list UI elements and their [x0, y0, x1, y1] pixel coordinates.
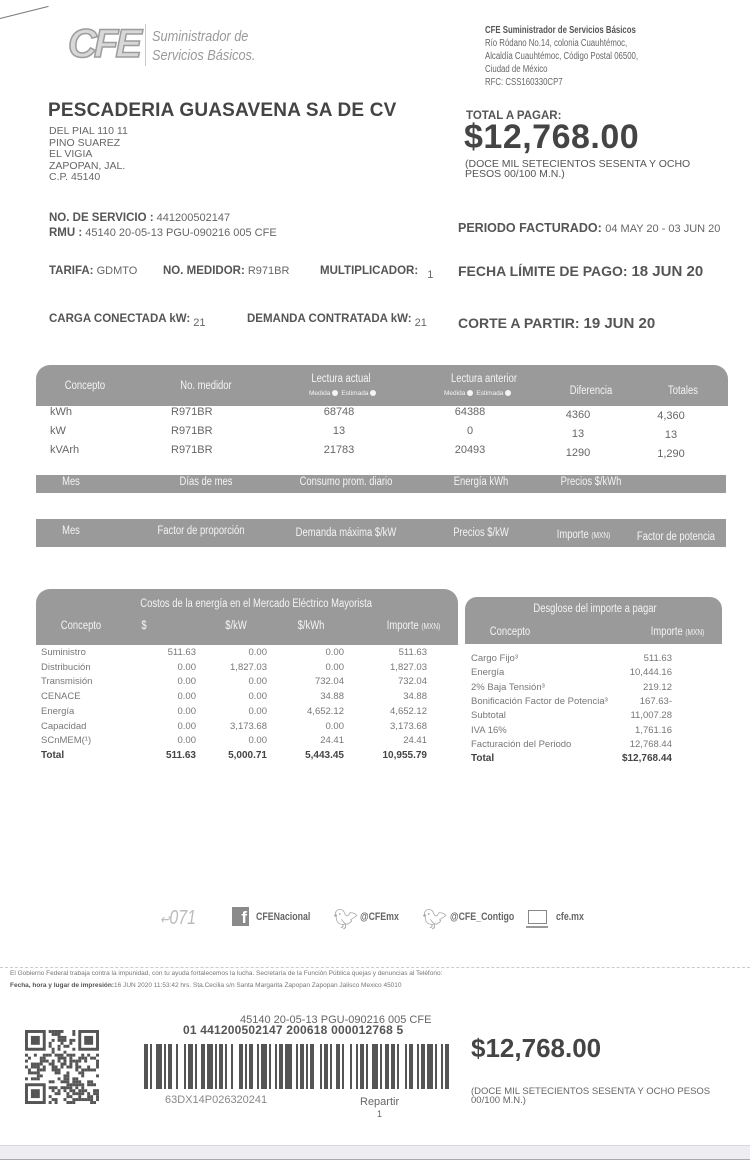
- table-cell: 0.00: [326, 647, 345, 658]
- table-cell: 5,443.45: [305, 750, 344, 761]
- qr-code: [25, 1028, 99, 1106]
- barcode: [144, 1044, 454, 1089]
- table-cell: 0.00: [178, 662, 197, 673]
- table-cell: 24.41: [403, 735, 427, 746]
- table-cell: 219.12: [643, 682, 672, 693]
- twitter-icon: 🐦︎: [422, 907, 447, 932]
- table-cell: Cargo Fijo³: [471, 653, 518, 664]
- table-cell: 0.00: [249, 691, 268, 702]
- table-cell: 64388: [455, 406, 486, 418]
- table-cell: 4,652.12: [390, 706, 427, 717]
- table-cell: 13: [333, 425, 345, 437]
- route: Repartir 1: [360, 1096, 399, 1120]
- table-cell: 12,768.44: [630, 739, 672, 750]
- table-cell: kW: [50, 425, 66, 437]
- demand-table-header: Mes Factor de proporción Demanda máxima …: [36, 519, 726, 547]
- table-cell: 20493: [455, 444, 486, 456]
- total-words: (DOCE MIL SETECIENTOS SESENTA Y OCHO PES…: [465, 160, 725, 179]
- table-cell: R971BR: [171, 425, 213, 437]
- table-cell: kVArh: [50, 444, 79, 456]
- monitor-icon: [528, 910, 547, 924]
- table-cell: 13: [665, 429, 677, 441]
- table-cell: 0.00: [249, 735, 268, 746]
- mem-table-header: Costos de la energía en el Mercado Eléct…: [36, 589, 458, 645]
- carga-conectada: CARGA CONECTADA kW: 21: [49, 313, 206, 325]
- table-cell: 10,955.79: [383, 750, 428, 761]
- facebook-icon: f: [232, 907, 249, 926]
- table-cell: 0: [467, 425, 473, 437]
- table-cell: 0.00: [178, 721, 197, 732]
- table-cell: IVA 16%: [471, 725, 507, 736]
- periodo-facturado: PERIODO FACTURADO: 04 MAY 20 - 03 JUN 20: [458, 221, 720, 235]
- table-cell: 34.88: [320, 691, 344, 702]
- fecha-limite: FECHA LÍMITE DE PAGO: 18 JUN 20: [458, 263, 703, 280]
- table-cell: Bonificación Factor de Potencia³: [471, 696, 608, 707]
- logo-divider: [145, 24, 146, 66]
- table-cell: 0.00: [249, 676, 268, 687]
- cfe-logo: CFE: [68, 22, 139, 67]
- table-cell: Suministro: [41, 647, 86, 658]
- table-cell: 0.00: [178, 691, 197, 702]
- pen-mark: [0, 6, 49, 19]
- table-cell: 732.04: [315, 676, 344, 687]
- barcode-bar: [449, 1044, 453, 1089]
- table-cell: 0.00: [249, 706, 268, 717]
- twitter-link-cfemx[interactable]: @CFEmx: [360, 911, 399, 923]
- estimada-dot: [370, 390, 376, 396]
- table-cell: 732.04: [398, 676, 427, 687]
- rmu: RMU : 45140 20-05-13 PGU-090216 005 CFE: [49, 227, 277, 239]
- customer-address: DEL PIAL 110 11 PINO SUAREZ EL VIGIA ZAP…: [49, 126, 128, 184]
- table-cell: 68748: [324, 406, 355, 418]
- table-cell: 1,827.03: [390, 662, 427, 673]
- table-cell: 3,173.68: [390, 721, 427, 732]
- table-cell: Transmisión: [41, 676, 92, 687]
- table-cell: 167.63-: [640, 696, 672, 707]
- table-cell: R971BR: [171, 444, 213, 456]
- total-amount: $12,768.00: [464, 118, 639, 157]
- table-cell: Total: [471, 753, 494, 764]
- table-cell: CENACE: [41, 691, 81, 702]
- viewer-bottom-bar: [0, 1145, 750, 1160]
- tarifa: TARIFA: GDMTO: [49, 265, 137, 277]
- slip-amount: $12,768.00: [471, 1033, 601, 1064]
- issuer-info: CFE Suministrador de Servicios Básicos R…: [485, 24, 638, 89]
- customer-name: PESCADERIA GUASAVENA SA DE CV: [48, 100, 397, 122]
- table-cell: 0.00: [178, 676, 197, 687]
- table-cell: $12,768.44: [622, 753, 672, 764]
- table-cell: 511.63: [168, 647, 196, 658]
- table-cell: Distribución: [41, 662, 91, 673]
- table-cell: 1,290: [657, 448, 685, 460]
- table-cell: Subtotal: [471, 710, 506, 721]
- logo-tagline: Suministrador de Servicios Básicos.: [152, 27, 255, 65]
- table-cell: 24.41: [320, 735, 344, 746]
- table-cell: Capacidad: [41, 721, 86, 732]
- table-cell: 11,007.28: [630, 710, 672, 721]
- corte-a-partir: CORTE A PARTIR: 19 JUN 20: [458, 315, 655, 332]
- phone-icon: ↩: [160, 911, 169, 927]
- multiplicador: MULTIPLICADOR: 1: [320, 265, 433, 277]
- table-cell: 4360: [566, 409, 590, 421]
- medidor: NO. MEDIDOR: R971BR: [163, 265, 289, 277]
- twitter-link-contigo[interactable]: @CFE_Contigo: [450, 911, 514, 923]
- history-table-header: Mes Días de mes Consumo prom. diario Ene…: [36, 475, 726, 493]
- table-cell: 0.00: [249, 647, 268, 658]
- table-cell: 0.00: [178, 735, 197, 746]
- table-cell: R971BR: [171, 406, 213, 418]
- slip-code: 63DX14P026320241: [165, 1094, 267, 1106]
- table-cell: Facturación del Periodo: [471, 739, 571, 750]
- table-cell: 0.00: [326, 662, 345, 673]
- table-cell: Total: [41, 750, 64, 761]
- table-cell: 4,652.12: [307, 706, 344, 717]
- phone-071[interactable]: ↩071: [160, 907, 196, 930]
- table-cell: 13: [572, 428, 584, 440]
- table-cell: 0.00: [326, 721, 345, 732]
- table-cell: 511.63: [166, 750, 196, 761]
- facebook-link[interactable]: CFENacional: [256, 911, 310, 923]
- table-cell: 511.63: [644, 653, 672, 664]
- social-links: ↩071 f CFENacional 🐦︎ @CFEmx 🐦︎ @CFE_Con…: [160, 905, 600, 945]
- table-cell: 4,360: [657, 410, 685, 422]
- table-cell: 3,173.68: [230, 721, 267, 732]
- table-cell: 511.63: [399, 647, 427, 658]
- table-cell: 1290: [566, 447, 590, 459]
- table-cell: 10,444.16: [630, 667, 672, 678]
- legal-notice: El Gobierno Federal trabaja contra la im…: [10, 968, 442, 992]
- table-cell: 34.88: [403, 691, 427, 702]
- demanda-contratada: DEMANDA CONTRATADA kW: 21: [247, 313, 427, 325]
- table-cell: 0.00: [178, 706, 197, 717]
- medida-dot: [332, 390, 338, 396]
- table-cell: Energía: [471, 667, 504, 678]
- table-cell: 1,761.16: [635, 725, 672, 736]
- slip-amount-words: (DOCE MIL SETECIENTOS SESENTA Y OCHO PES…: [471, 1087, 741, 1105]
- table-cell: 5,000.71: [228, 750, 267, 761]
- barcode-number: 01 441200502147 200618 000012768 5: [183, 1023, 403, 1037]
- readings-table-header: Concepto No. medidor Lectura actual Medi…: [36, 365, 728, 406]
- table-cell: 1,827.03: [230, 662, 267, 673]
- desglose-table-header: Desglose del importe a pagar Concepto Im…: [465, 597, 722, 644]
- table-cell: 2% Baja Tensión³: [471, 682, 545, 693]
- website-link[interactable]: cfe.mx: [556, 911, 584, 923]
- table-cell: Energía: [41, 706, 74, 717]
- table-cell: kWh: [50, 406, 72, 418]
- table-cell: SCnMEM(¹): [41, 735, 91, 746]
- table-cell: 21783: [324, 444, 355, 456]
- twitter-icon: 🐦︎: [333, 907, 358, 932]
- service-number: NO. DE SERVICIO : 441200502147: [49, 212, 230, 224]
